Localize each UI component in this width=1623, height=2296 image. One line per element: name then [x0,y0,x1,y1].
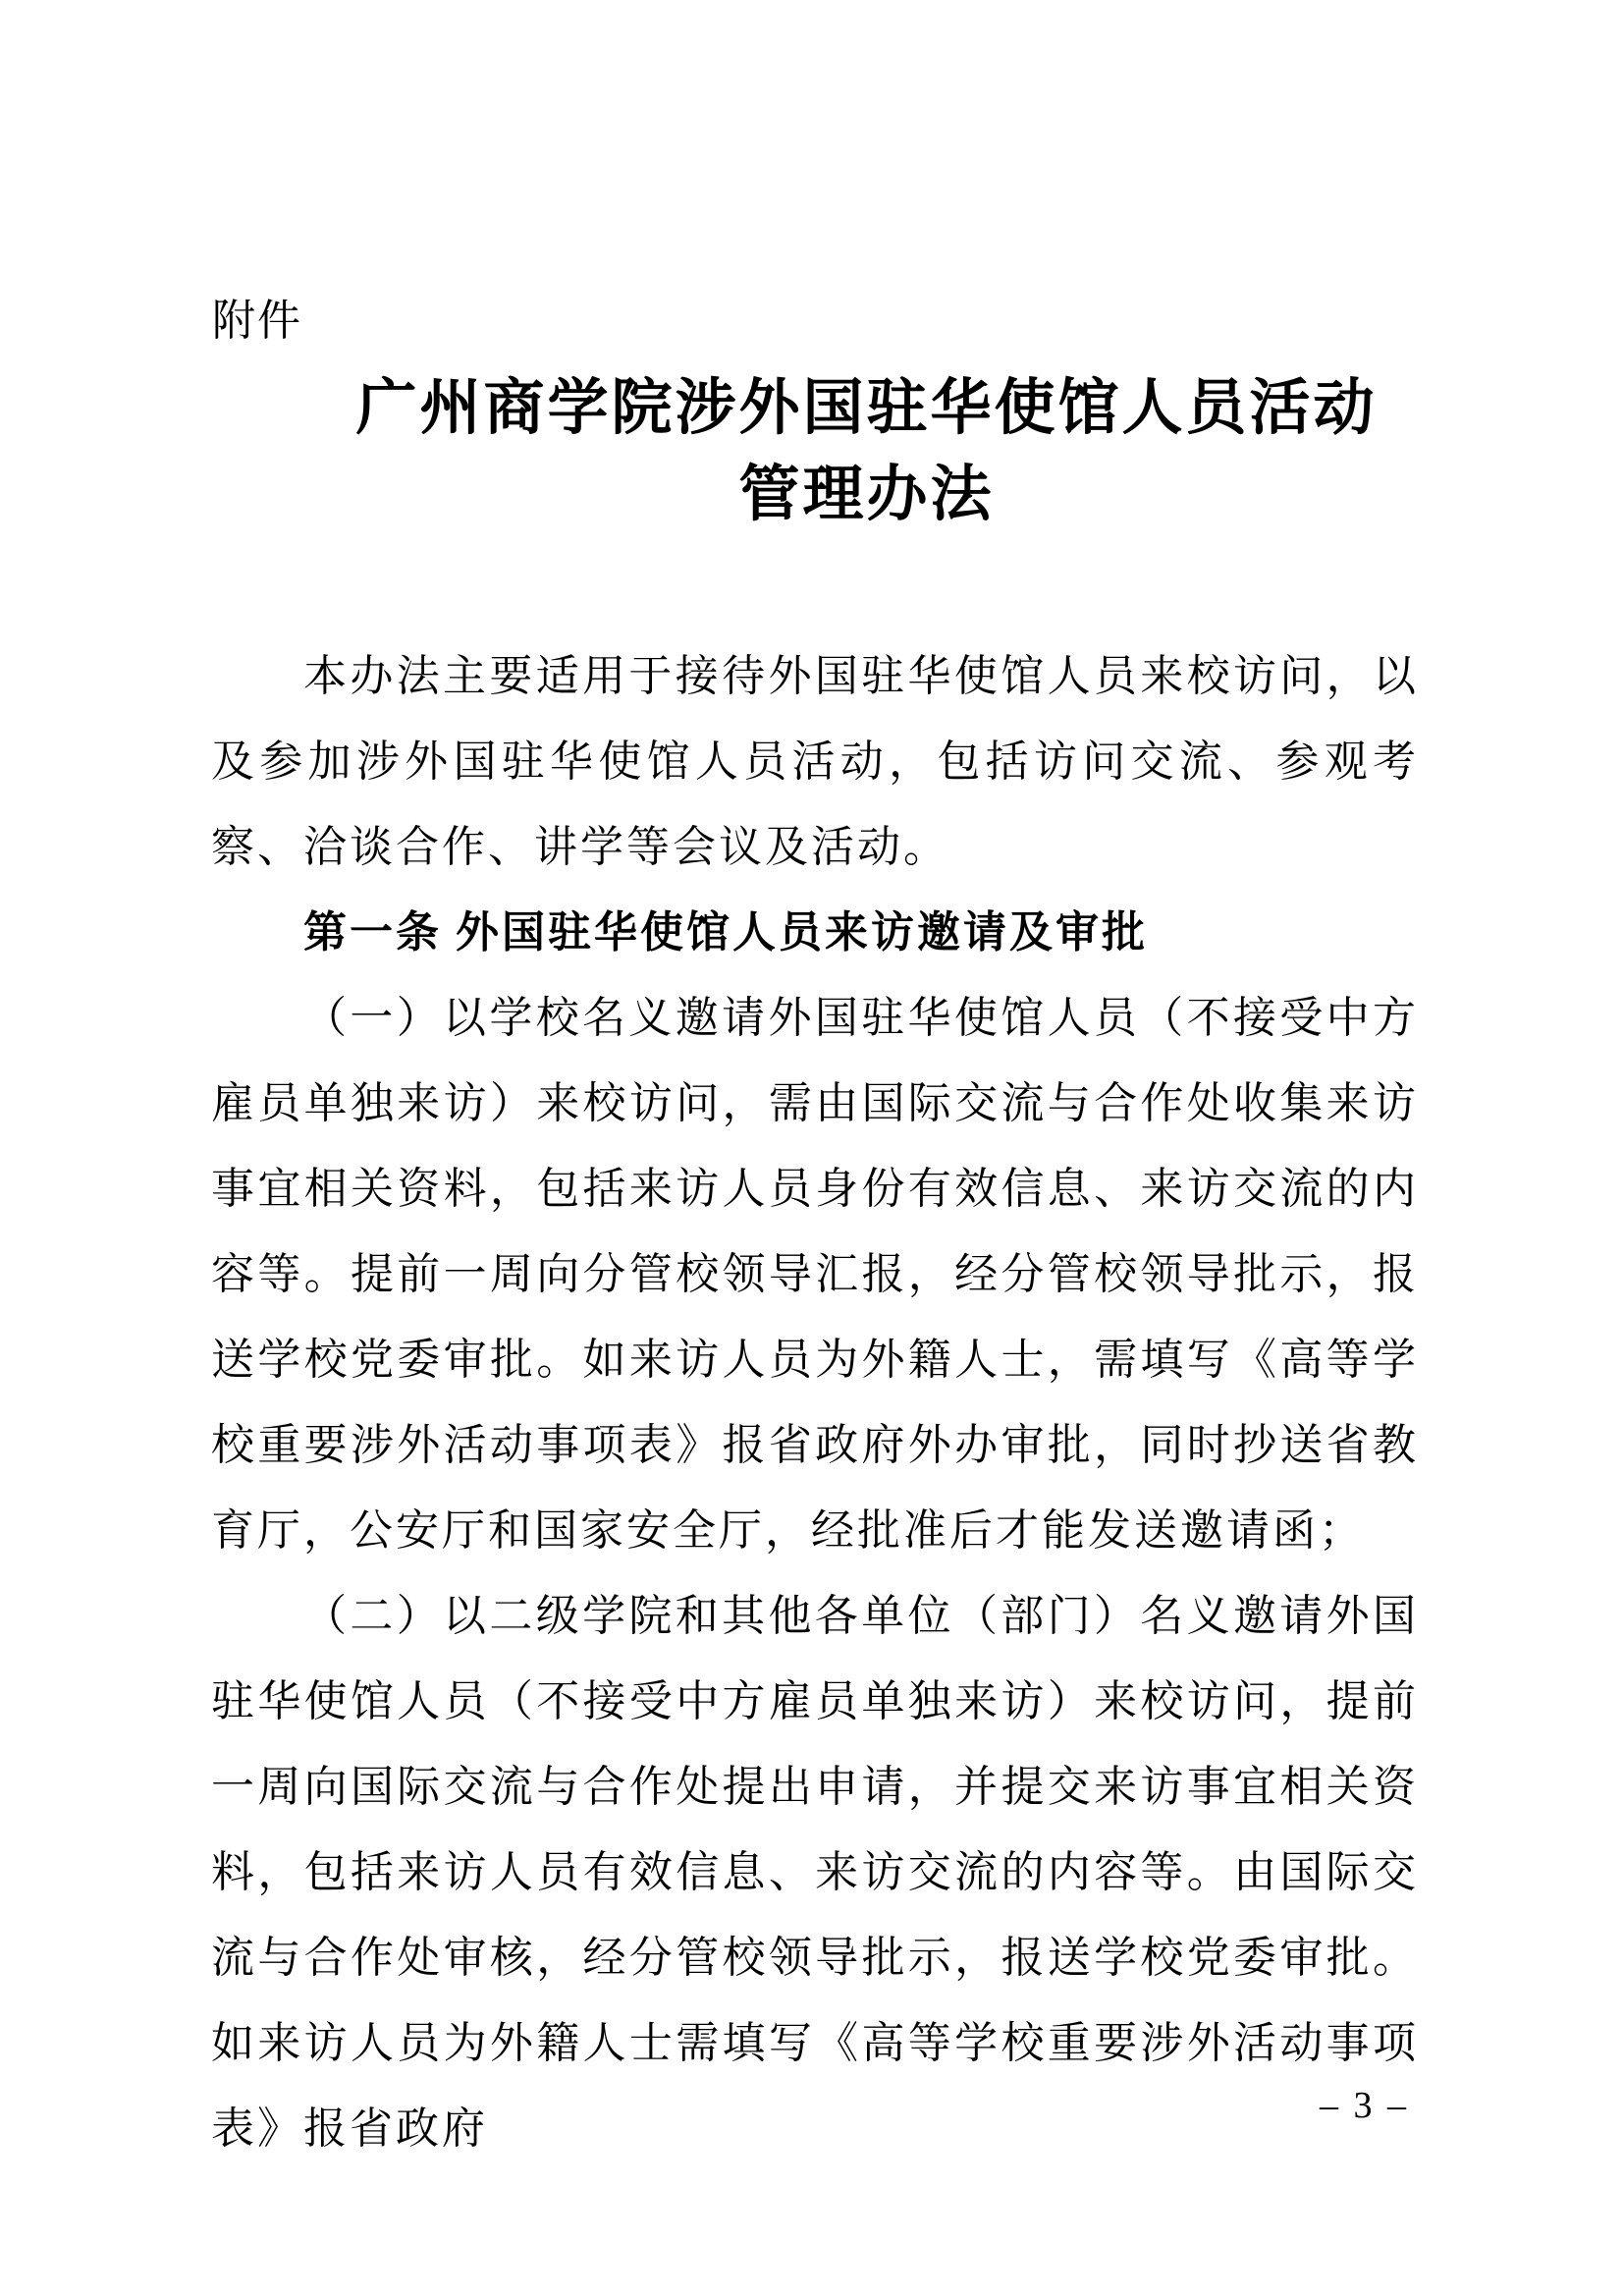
document-page: 附件 广州商学院涉外国驻华使馆人员活动 管理办法 本办法主要适用于接待外国驻华使… [0,0,1623,2296]
document-title: 广州商学院涉外国驻华使馆人员活动 管理办法 [0,365,1623,538]
paragraph-intro: 本办法主要适用于接待外国驻华使馆人员来校访问，以及参加涉外国驻华使馆人员活动，包… [211,633,1419,890]
document-title-line1: 广州商学院涉外国驻华使馆人员活动 [110,365,1623,452]
page-number: – 3 – [1320,2084,1409,2127]
attachment-label: 附件 [212,295,302,348]
section1-heading: 第一条 外国驻华使馆人员来访邀请及审批 [211,890,1419,975]
document-title-line2: 管理办法 [110,452,1623,538]
paragraph-item1: （一）以学校名义邀请外国驻华使馆人员（不接受中方雇员单独来访）来校访问，需由国际… [211,975,1419,1573]
document-body: 本办法主要适用于接待外国驻华使馆人员来校访问，以及参加涉外国驻华使馆人员活动，包… [211,633,1419,2171]
paragraph-item2: （二）以二级学院和其他各单位（部门）名义邀请外国驻华使馆人员（不接受中方雇员单独… [211,1573,1419,2171]
